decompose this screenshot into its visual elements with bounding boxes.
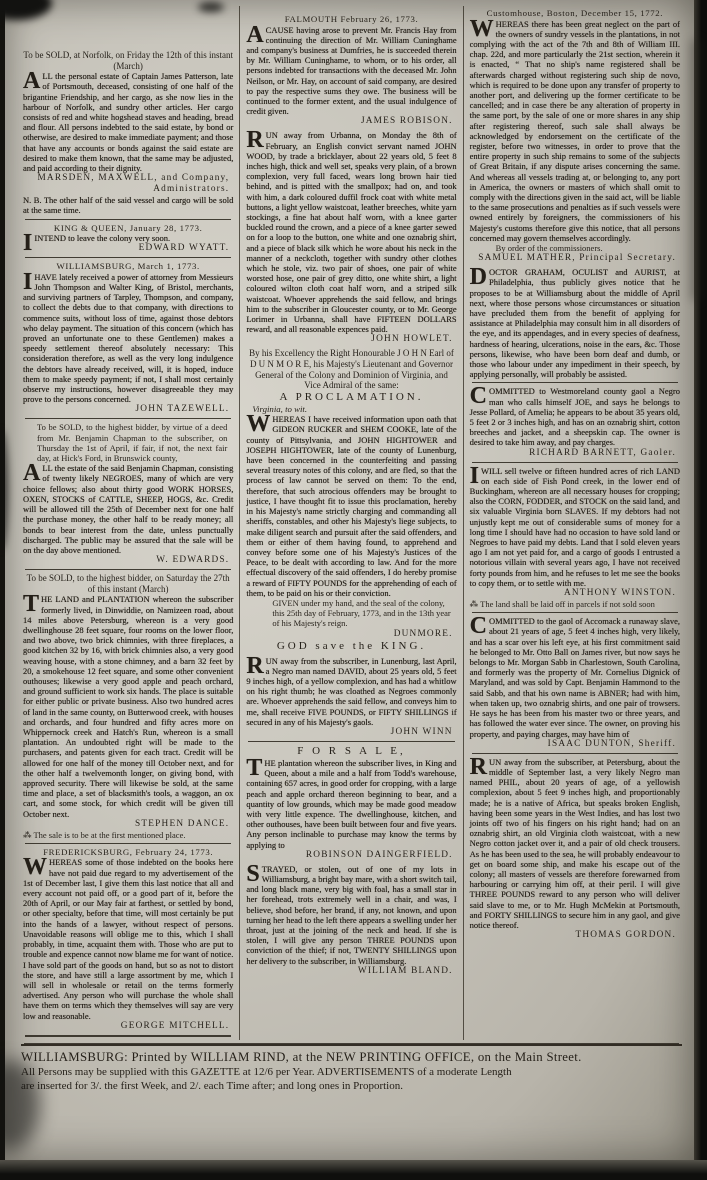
winston-land-sale-body: I WILL sell twelve or fifteen hundred ac…: [470, 466, 680, 588]
separator-rule: [25, 219, 231, 220]
mitchell-debts-notice-body: WHEREAS some of those indebted on the bo…: [23, 857, 233, 1020]
norfolk-estate-sale-body: N. B. The other half of the said vessel …: [23, 195, 233, 215]
mitchell-debts-notice-sig: GEORGE MITCHELL.: [23, 1021, 233, 1032]
drop-cap: D: [470, 267, 489, 287]
tazewell-power-of-attorney-dateline: WILLIAMSBURG, March 1, 1773.: [23, 261, 233, 272]
dunmore-proclamation-title: A PROCLAMATION.: [246, 391, 456, 404]
drop-cap: I: [23, 233, 34, 253]
article-runaway-phil-petersburg: RUN away from the subscriber, at Petersb…: [470, 753, 680, 941]
drop-cap: I: [470, 466, 481, 486]
article-winston-land-sale: I WILL sell twelve or fifteen hundred ac…: [470, 462, 680, 610]
drop-cap: T: [23, 594, 41, 614]
article-tazewell-power-of-attorney: WILLIAMSBURG, March 1, 1773.I HAVE latel…: [23, 257, 233, 415]
drop-cap: C: [470, 386, 489, 406]
separator-rule: [248, 741, 454, 742]
article-norfolk-estate-sale: To be SOLD, at Norfolk, on Friday the 12…: [23, 50, 233, 216]
column-right: Customhouse, Boston, December 15, 1772.W…: [463, 6, 686, 1040]
customhouse-boston-notice-sig: SAMUEL MATHER, Principal Secretary.: [470, 253, 680, 264]
robison-cuninghame-business-sig: JAMES ROBISON.: [246, 116, 456, 127]
dunmore-proclamation-subtitle: Virginia, to wit.: [252, 404, 456, 415]
dunmore-proclamation-title: GOD save the KING.: [246, 640, 456, 653]
separator-rule: [25, 843, 231, 844]
dance-land-plantation-sale-sig: STEPHEN DANCE.: [23, 819, 233, 830]
drop-cap: R: [246, 656, 265, 676]
article-mitchell-debts-notice: FREDERICKSBURG, February 24, 1773.WHEREA…: [23, 843, 233, 1037]
drop-cap: T: [246, 758, 264, 778]
article-committed-abner-accomack: COMMITTED to the gaol of Accomack a runa…: [470, 612, 680, 749]
norfolk-estate-sale-sig: MARSDEN, MAXWELL, and Company,: [23, 173, 233, 184]
drop-cap: A: [23, 71, 42, 91]
robison-cuninghame-business-body: A CAUSE having arose to prevent Mr. Fran…: [246, 25, 456, 117]
drop-cap: A: [23, 463, 42, 483]
runaway-phil-petersburg-sig: THOMAS GORDON.: [470, 930, 680, 941]
separator-rule: [472, 612, 678, 613]
runaway-phil-petersburg-body: RUN away from the subscriber, at Petersb…: [470, 757, 680, 930]
drop-cap: W: [23, 857, 49, 877]
article-committed-joe-westmoreland: COMMITTED to Westmoreland county gaol a …: [470, 382, 680, 458]
drop-cap: C: [470, 616, 489, 636]
tazewell-power-of-attorney-body: I HAVE lately received a power of attorn…: [23, 272, 233, 405]
column-left: To be SOLD, at Norfolk, on Friday the 12…: [17, 6, 239, 1040]
column-container: To be SOLD, at Norfolk, on Friday the 12…: [17, 6, 686, 1040]
runaway-john-wood-sig: JOHN HOWLET.: [246, 334, 456, 345]
chapman-estate-sale-body: ALL the estate of the said Benjamin Chap…: [23, 463, 233, 555]
scanned-newspaper-screenshot: { "page":{ "kind":"scanned colonial news…: [0, 0, 707, 1180]
article-chapman-estate-sale: To be SOLD, to the highest bidder, by vi…: [23, 418, 233, 566]
newspaper-page: To be SOLD, at Norfolk, on Friday the 12…: [5, 0, 694, 1160]
dunmore-proclamation-body: WHEREAS I have received information upon…: [246, 414, 456, 598]
article-wyatt-leaving-colony: KING & QUEEN, January 28, 1773.I INTEND …: [23, 219, 233, 255]
dunmore-proclamation-center: GIVEN under my hand, and the seal of the…: [272, 598, 452, 629]
article-robison-cuninghame-business: FALMOUTH February 26, 1773.A CAUSE havin…: [246, 14, 456, 127]
scan-edge-right: [694, 0, 707, 1180]
drop-cap: R: [246, 130, 265, 150]
customhouse-boston-notice-center: By order of the commissioners.: [496, 243, 676, 253]
separator-rule: [472, 753, 678, 754]
runaway-david-lunenburg-sig: JOHN WINN: [246, 727, 456, 738]
norfolk-estate-sale-heading: To be SOLD, at Norfolk, on Friday the 12…: [23, 50, 233, 71]
drop-cap: A: [246, 25, 265, 45]
committed-joe-westmoreland-body: COMMITTED to Westmoreland county gaol a …: [470, 386, 680, 447]
article-bland-strayed-mare: STRAYED, or stolen, out of one of my lot…: [246, 864, 456, 977]
imprint-line-3: are inserted for 3/. the first Week, and…: [21, 1079, 682, 1093]
runaway-john-wood-body: RUN away from Urbanna, on Monday the 8th…: [246, 130, 456, 334]
scan-edge-bottom: [0, 1160, 707, 1180]
daingerfield-plantation-for-sale-title: F O R S A L E,: [246, 745, 456, 758]
imprint-line-1: WILLIAMSBURG: Printed by WILLIAM RIND, a…: [21, 1050, 682, 1065]
separator-rule: [25, 418, 231, 419]
separator-rule: [472, 382, 678, 383]
drop-cap: W: [470, 19, 496, 39]
drop-cap: R: [470, 757, 489, 777]
wyatt-leaving-colony-dateline: KING & QUEEN, January 28, 1773.: [23, 223, 233, 234]
drop-cap: S: [246, 864, 261, 884]
committed-abner-accomack-sig: ISAAC DUNTON, Sheriff.: [470, 739, 680, 750]
mitchell-debts-notice-dateline: FREDERICKSBURG, February 24, 1773.: [23, 847, 233, 858]
article-runaway-john-wood: RUN away from Urbanna, on Monday the 8th…: [246, 130, 456, 345]
dance-land-plantation-sale-body: THE LAND and PLANTATION whereon the subs…: [23, 594, 233, 818]
separator-rule: [25, 569, 231, 570]
winston-land-sale-note: ⁂ The land shall be laid off in parcels …: [470, 599, 680, 609]
customhouse-boston-notice-dateline: Customhouse, Boston, December 15, 1772.: [470, 8, 680, 19]
printer-imprint: WILLIAMSBURG: Printed by WILLIAM RIND, a…: [21, 1044, 682, 1093]
winston-land-sale-sig: ANTHONY WINSTON.: [470, 588, 680, 599]
dance-land-plantation-sale-heading: To be SOLD, to the highest bidder, on Sa…: [23, 573, 233, 594]
daingerfield-plantation-for-sale-body: THE plantation whereon the subscriber li…: [246, 758, 456, 850]
imprint-line-2: All Persons may be supplied with this GA…: [21, 1065, 682, 1079]
chapman-estate-sale-headleft: To be SOLD, to the highest bidder, by vi…: [23, 422, 233, 463]
article-doctor-graham-oculist: DOCTOR GRAHAM, OCULIST and AURIST, at Ph…: [470, 267, 680, 379]
article-daingerfield-plantation-for-sale: F O R S A L E,THE plantation whereon the…: [246, 741, 456, 861]
runaway-david-lunenburg-body: RUN away from the subscriber, in Lunenbu…: [246, 656, 456, 727]
dance-land-plantation-sale-note: ⁂ The sale is to be at the first mention…: [23, 830, 233, 840]
drop-cap: W: [246, 414, 272, 434]
article-dance-land-plantation-sale: To be SOLD, to the highest bidder, on Sa…: [23, 569, 233, 840]
bland-strayed-mare-body: STRAYED, or stolen, out of one of my lot…: [246, 864, 456, 966]
article-runaway-david-lunenburg: RUN away from the subscriber, in Lunenbu…: [246, 656, 456, 738]
customhouse-boston-notice-body: WHEREAS there has been great neglect on …: [470, 19, 680, 243]
committed-joe-westmoreland-sig: RICHARD BARNETT, Gaoler.: [470, 448, 680, 459]
doctor-graham-oculist-body: DOCTOR GRAHAM, OCULIST and AURIST, at Ph…: [470, 267, 680, 379]
dunmore-proclamation-heading: By his Excellency the Right Honourable J…: [246, 348, 456, 390]
separator-rule: [25, 257, 231, 258]
robison-cuninghame-business-dateline: FALMOUTH February 26, 1773.: [246, 14, 456, 25]
drop-cap: I: [23, 272, 34, 292]
norfolk-estate-sale-sig: Administrators.: [23, 184, 233, 195]
dunmore-proclamation-sig: DUNMORE.: [246, 629, 456, 640]
tazewell-power-of-attorney-sig: JOHN TAZEWELL.: [23, 404, 233, 415]
wyatt-leaving-colony-sig: EDWARD WYATT.: [23, 243, 233, 254]
article-customhouse-boston-notice: Customhouse, Boston, December 15, 1772.W…: [470, 8, 680, 264]
chapman-estate-sale-sig: W. EDWARDS.: [23, 555, 233, 566]
separator-rule: [472, 462, 678, 463]
column-middle: FALMOUTH February 26, 1773.A CAUSE havin…: [239, 6, 462, 1040]
norfolk-estate-sale-body: ALL the personal estate of Captain James…: [23, 71, 233, 173]
wyatt-leaving-colony-body: I INTEND to leave the colony very soon.: [23, 233, 233, 243]
article-dunmore-proclamation: By his Excellency the Right Honourable J…: [246, 348, 456, 652]
bland-strayed-mare-sig: WILLIAM BLAND.: [246, 966, 456, 977]
column-end-rule: [25, 1035, 231, 1037]
daingerfield-plantation-for-sale-sig: ROBINSON DAINGERFIELD.: [246, 850, 456, 861]
committed-abner-accomack-body: COMMITTED to the gaol of Accomack a runa…: [470, 616, 680, 738]
